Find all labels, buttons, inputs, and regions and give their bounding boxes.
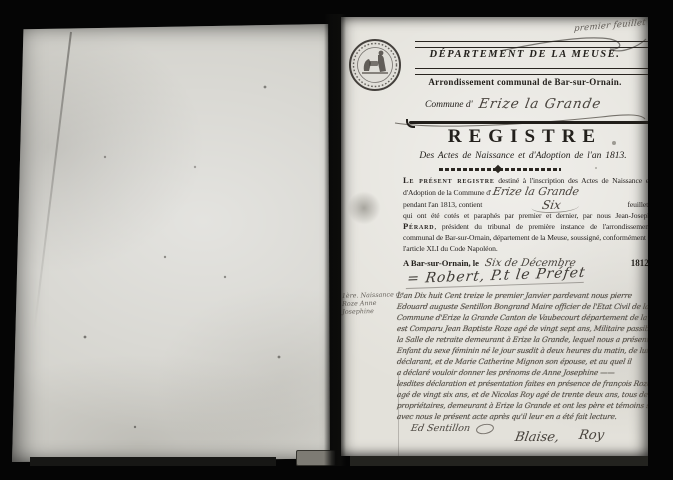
page-crease [33,32,71,330]
ornament-rule [439,168,561,171]
act-line: lesdites déclaration et présentation fai… [396,378,648,389]
department-title: DÉPARTEMENT DE LA MEUSE. [399,49,648,60]
preamble-paragraph-2: qui ont été cotés et paraphés par premie… [403,211,648,254]
act-line: déclarant, et de Marie Catherine Mignon … [396,356,648,367]
act-line: L'an Dix huit Cent treize le premier Jan… [396,290,648,301]
register-subtitle: Des Actes de Naissance et d'Adoption de … [393,151,648,161]
act-line: Enfant du sexe féminin né le jour susdit… [396,345,648,356]
paper-stain [341,185,387,231]
commune-name-handwritten: Erize la Grande [479,96,601,112]
left-page-bottom-edge [30,457,276,466]
left-page [12,24,330,462]
dateline-label: A Bar-sur-Ornain, le [403,258,479,268]
contient-row: pendant l'an 1813, contient Six feuillet… [403,198,648,211]
registry-scan: premier feuillet DÉPARTEMENT DE LA MEUSE… [0,0,673,480]
signature-witness-2: Roy [579,428,604,443]
act-line: est Comparu Jean Baptiste Roze agé de vi… [396,323,648,334]
double-rule [415,41,648,48]
right-page: premier feuillet DÉPARTEMENT DE LA MEUSE… [341,17,648,456]
birth-act-text: L'an Dix huit Cent treize le premier Jan… [397,290,648,422]
register-title: REGISTRE [399,126,648,148]
commune-handwritten-inline: Erize la Grande [493,185,579,198]
book-gutter [324,14,346,466]
act-line: propriétaires, demeurant à Erize la Gran… [396,400,648,411]
sheet-count-handwritten: Six [482,200,627,213]
fox-spot [595,167,597,169]
preamble-seg3: feuillets [627,200,648,211]
preamble-seg2: pendant l'an 1813, contient [403,200,482,211]
arrondissement-line: Arrondissement communal de Bar-sur-Ornai… [399,77,648,87]
act-line: Edouard auguste Sentillon Bongrand Maire… [396,301,648,312]
act-line: avec nous le présent acte après qu'il le… [396,411,648,422]
act-line: agé de vingt six ans, et de Nicolas Roy … [396,389,648,400]
double-rule [415,68,648,75]
preamble: Le présent registre destiné à l'inscript… [403,175,648,254]
act-line: la Salle de retraite demeurant à Erize l… [396,334,648,345]
act-line: Commune d'Erize la Grande Canton de Vaub… [396,312,648,323]
prefect-name: Pérard [403,221,434,231]
paper-specks [12,24,14,26]
act-line: a déclaré vouloir donner les prénoms de … [396,367,648,378]
signature-witness-1: Blaise, [515,430,559,445]
commune-line: Commune d' Erize la Grande [425,96,648,112]
heavy-rule [409,121,648,124]
official-seal-icon [347,37,403,93]
right-page-bottom-edge [350,456,648,466]
signature-officer: Ed Sentillon [411,423,494,434]
preamble-paragraph-1: Le présent registre destiné à l'inscript… [403,175,648,198]
preamble-seg5: , président du tribunal de première inst… [403,222,648,252]
preamble-lead: Le présent registre [403,175,495,185]
